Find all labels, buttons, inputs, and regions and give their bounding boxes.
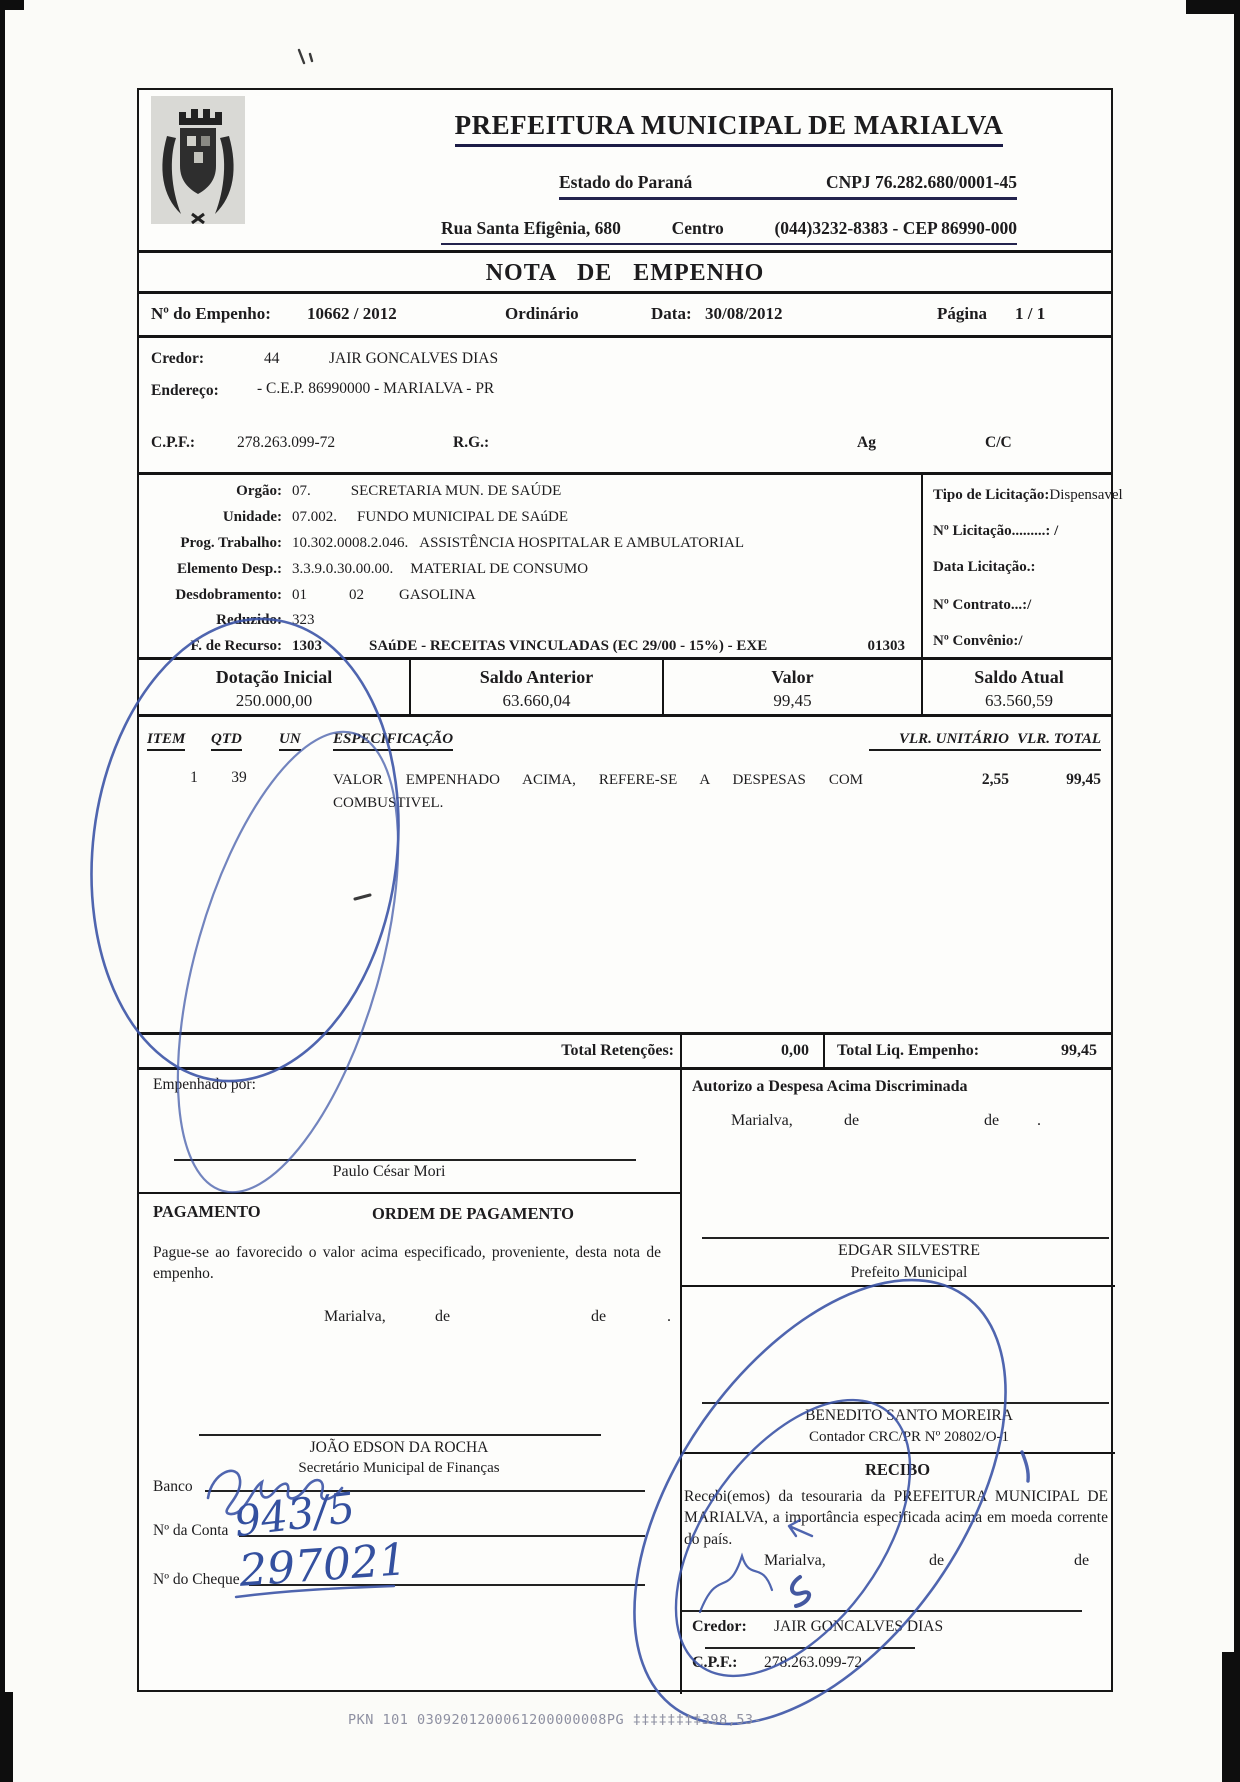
tipo-licitacao-row: Tipo de Licitação:Dispensavel <box>933 487 1123 504</box>
autorizo-cidade: Marialva, <box>731 1112 793 1130</box>
prefeito-divider <box>680 1285 1115 1287</box>
scan-corner-top-right <box>1186 0 1240 14</box>
empenho-row: Nº do Empenho: 10662 / 2012 Ordinário Da… <box>139 294 1111 335</box>
saldo-atual-label: Saldo Atual <box>923 667 1115 688</box>
recibo-credor-divider <box>682 1610 1082 1612</box>
itens-table: ITEM QTD UN ESPECIFICAÇÃO VLR. UNITÁRIO … <box>139 714 1111 1032</box>
total-retencoes-label: Total Retenções: <box>139 1035 674 1067</box>
empenho-number: 10662 / 2012 <box>307 304 397 324</box>
cpf-value: 278.263.099-72 <box>237 434 335 452</box>
doc-title: NOTA DE EMPENHO <box>486 260 765 287</box>
doc-title-band: NOTA DE EMPENHO <box>139 250 1111 294</box>
scan-edge-left <box>0 0 5 1782</box>
assinatura-line-secretario <box>199 1434 601 1436</box>
empenhado-por-label: Empenhado por: <box>153 1076 256 1094</box>
desdobramento-desc: GASOLINA <box>399 587 476 604</box>
assinatura-secretario: JOÃO EDSON DA ROCHA <box>239 1439 559 1457</box>
col-header-especificacao: ESPECIFICAÇÃO <box>333 731 453 751</box>
rg-label: R.G.: <box>453 434 489 452</box>
autorizo-de1: de <box>844 1112 859 1130</box>
scan-corner-bottom-right <box>1222 1652 1240 1782</box>
dotacao-inicial-label: Dotação Inicial <box>139 667 409 688</box>
credor-name: JAIR GONCALVES DIAS <box>329 350 498 368</box>
desdobramento-code2: 02 <box>349 587 364 604</box>
col-header-vlr-total: VLR. TOTAL <box>1001 731 1101 751</box>
fonte-recurso-desc: SAúDE - RECEITAS VINCULADAS (EC 29/00 - … <box>369 638 767 655</box>
autorizo-ponto: . <box>1037 1112 1041 1130</box>
cargo-secretario: Secretário Municipal de Finanças <box>239 1460 559 1477</box>
total-liquido-cell: Total Liq. Empenho: 99,45 <box>823 1035 1111 1067</box>
phone-cep-label: (044)3232-8383 - CEP 86990-000 <box>774 218 1017 239</box>
dotacao-inicial-cell: Dotação Inicial 250.000,00 <box>139 660 409 714</box>
reduzido-row: Reduzido: 323 <box>139 612 921 629</box>
saldo-anterior-label: Saldo Anterior <box>411 667 662 688</box>
scan-corner-top-left <box>0 0 24 10</box>
orgao-row: Orgão: 07. SECRETARIA MUN. DE SAÚDE <box>139 483 921 500</box>
valor-label: Valor <box>664 667 921 688</box>
numero-licitacao-label: Nº Licitação.........: / <box>933 523 1058 540</box>
header-address: Rua Santa Efigênia, 680 Centro (044)3232… <box>441 218 1017 245</box>
date-label: Data: <box>651 304 692 324</box>
data-licitacao-label: Data Licitação.: <box>933 559 1035 576</box>
form-frame: PREFEITURA MUNICIPAL DE MARIALVA Estado … <box>137 88 1113 1692</box>
recibo-de2: de <box>1074 1552 1089 1570</box>
prog-trabalho-row: Prog. Trabalho: 10.302.0008.2.046. ASSIS… <box>139 535 921 552</box>
item-especificacao: VALOR EMPENHADO ACIMA, REFERE-SE A DESPE… <box>333 769 863 814</box>
autorizo-de2: de <box>984 1112 999 1130</box>
totais-row: Total Retenções: 0,00 Total Liq. Empenho… <box>139 1032 1111 1070</box>
recibo-cidade: Marialva, <box>764 1552 826 1570</box>
recibo-cpf-label: C.P.F.: <box>692 1654 738 1672</box>
recibo-cpf-line <box>705 1647 915 1649</box>
reduzido-code: 323 <box>292 612 315 629</box>
prog-trabalho-desc: ASSISTÊNCIA HOSPITALAR E AMBULATORIAL <box>419 535 744 552</box>
col-header-un: UN <box>279 731 301 751</box>
prog-trabalho-label: Prog. Trabalho: <box>139 535 282 552</box>
credor-block: Credor: 44 JAIR GONCALVES DIAS Endereço:… <box>139 335 1111 472</box>
saldo-atual-value: 63.560,59 <box>923 691 1115 711</box>
page-title: PREFEITURA MUNICIPAL DE MARIALVA <box>429 110 1029 147</box>
date-value: 30/08/2012 <box>705 304 782 324</box>
unidade-desc: FUNDO MUNICIPAL DE SAúDE <box>357 509 568 526</box>
assinatura-contador: BENEDITO SANTO MOREIRA <box>739 1407 1079 1425</box>
recibo-texto: Recebi(emos) da tesouraria da PREFEITURA… <box>684 1486 1108 1550</box>
elemento-desp-desc: MATERIAL DE CONSUMO <box>410 561 588 578</box>
recibo-cpf-value: 278.263.099-72 <box>764 1654 862 1672</box>
header-subtitle: Estado do Paraná CNPJ 76.282.680/0001-45 <box>559 172 1017 200</box>
valor-cell: Valor 99,45 <box>662 660 921 714</box>
endereco-value: - C.E.P. 86990000 - MARIALVA - PR <box>257 380 494 398</box>
assinatura-prefeito: EDGAR SILVESTRE <box>739 1242 1079 1260</box>
cheque-label: Nº do Cheque <box>153 1571 240 1589</box>
reduzido-label: Reduzido: <box>139 612 282 629</box>
scan-corner-bottom-left <box>0 1692 13 1782</box>
assinatura-empenhado: Paulo César Mori <box>239 1163 539 1181</box>
fonte-recurso-row: F. de Recurso: 1303 SAúDE - RECEITAS VIN… <box>139 638 921 655</box>
item-number: 1 <box>179 769 209 787</box>
item-qtd: 39 <box>219 769 259 787</box>
total-liquido-label: Total Liq. Empenho: <box>837 1042 979 1060</box>
orgao-label: Orgão: <box>139 483 282 500</box>
unidade-row: Unidade: 07.002. FUNDO MUNICIPAL DE SAúD… <box>139 509 921 526</box>
classificacao-block: Orgão: 07. SECRETARIA MUN. DE SAÚDE Unid… <box>139 472 1111 657</box>
pagamento-de1: de <box>435 1308 450 1326</box>
page-number-label: Página <box>937 304 987 324</box>
numero-contrato-label: Nº Contrato...:/ <box>933 597 1031 614</box>
numero-convenio-label: Nº Convênio:/ <box>933 633 1023 650</box>
prog-trabalho-code: 10.302.0008.2.046. <box>292 535 408 552</box>
valor-value: 99,45 <box>664 691 921 711</box>
recibo-credor-label: Credor: <box>692 1618 747 1636</box>
licitacao-box: Tipo de Licitação:Dispensavel Nº Licitaç… <box>921 475 1115 657</box>
fonte-recurso-extra: 01303 <box>868 638 906 655</box>
dot-matrix-footer: PKN 101 0309201200061200000008PG ‡‡‡‡‡‡‡… <box>348 1712 762 1728</box>
cc-label: C/C <box>985 434 1012 452</box>
dotacao-inicial-value: 250.000,00 <box>139 691 409 711</box>
unidade-label: Unidade: <box>139 509 282 526</box>
autorizo-title: Autorizo a Despesa Acima Discriminada <box>692 1078 968 1096</box>
recibo-de1: de <box>929 1552 944 1570</box>
state-label: Estado do Paraná <box>559 172 692 193</box>
scanned-document-page: PREFEITURA MUNICIPAL DE MARIALVA Estado … <box>0 0 1240 1782</box>
ordem-pagamento-title: ORDEM DE PAGAMENTO <box>372 1204 574 1224</box>
item-vlr-unitario: 2,55 <box>869 771 1009 789</box>
ag-label: Ag <box>857 434 876 452</box>
pagamento-cidade: Marialva, <box>324 1308 386 1326</box>
pagamento-divider <box>139 1192 680 1194</box>
assinatura-line-prefeito <box>702 1237 1109 1239</box>
orgao-desc: SECRETARIA MUN. DE SAÚDE <box>351 483 561 500</box>
banco-label: Banco <box>153 1478 193 1496</box>
municipal-coat-of-arms-logo <box>151 96 245 224</box>
credor-label: Credor: <box>151 350 204 368</box>
col-header-qtd: QTD <box>211 731 242 751</box>
recibo-title: RECIBO <box>680 1460 1115 1480</box>
pagamento-de2: de <box>591 1308 606 1326</box>
pagamento-ponto: . <box>667 1308 671 1326</box>
empenho-type: Ordinário <box>505 304 579 324</box>
endereco-label: Endereço: <box>151 382 219 400</box>
assinatura-line-empenhado <box>174 1159 636 1161</box>
elemento-desp-code: 3.3.9.0.30.00.00. <box>292 561 393 578</box>
cpf-label: C.P.F.: <box>151 434 195 452</box>
col-header-vlr-unitario: VLR. UNITÁRIO <box>869 731 1009 751</box>
page-number: 1 / 1 <box>1015 304 1045 324</box>
stray-ink-marks-top <box>299 50 312 63</box>
scan-edge-right <box>1234 0 1240 1782</box>
form-header: PREFEITURA MUNICIPAL DE MARIALVA Estado … <box>139 90 1111 250</box>
fonte-recurso-label: F. de Recurso: <box>139 638 282 655</box>
cheque-handwriting: 297021 <box>237 1534 408 1597</box>
recibo-divider <box>680 1452 1115 1454</box>
empenho-number-label: Nº do Empenho: <box>151 304 271 324</box>
district-label: Centro <box>672 218 724 239</box>
signatures-area: Empenhado por: Paulo César Mori PAGAMENT… <box>139 1070 1111 1694</box>
assinatura-line-contador <box>702 1402 1109 1404</box>
desdobramento-label: Desdobramento: <box>139 587 282 604</box>
column-divider <box>680 1070 682 1694</box>
saldo-anterior-cell: Saldo Anterior 63.660,04 <box>409 660 662 714</box>
pagamento-title: PAGAMENTO <box>153 1202 261 1222</box>
item-vlr-total: 99,45 <box>1001 771 1101 789</box>
desdobramento-code1: 01 <box>292 587 307 604</box>
saldos-row: Dotação Inicial 250.000,00 Saldo Anterio… <box>139 657 1111 714</box>
pagamento-texto: Pague-se ao favorecido o valor acima esp… <box>153 1242 661 1285</box>
street-label: Rua Santa Efigênia, 680 <box>441 218 621 239</box>
elemento-desp-row: Elemento Desp.: 3.3.9.0.30.00.00. MATERI… <box>139 561 921 578</box>
credor-code: 44 <box>264 350 280 368</box>
col-header-item: ITEM <box>147 731 185 751</box>
total-liquido-value: 99,45 <box>1061 1042 1097 1060</box>
cargo-prefeito: Prefeito Municipal <box>739 1264 1079 1282</box>
elemento-desp-label: Elemento Desp.: <box>139 561 282 578</box>
total-retencoes-value: 0,00 <box>680 1035 823 1067</box>
orgao-code: 07. <box>292 483 311 500</box>
saldo-atual-cell: Saldo Atual 63.560,59 <box>921 660 1115 714</box>
cargo-contador: Contador CRC/PR Nº 20802/O-1 <box>739 1429 1079 1446</box>
cnpj-label: CNPJ 76.282.680/0001-45 <box>826 172 1017 193</box>
unidade-code: 07.002. <box>292 509 337 526</box>
recibo-credor-nome: JAIR GONCALVES DIAS <box>774 1618 943 1636</box>
saldo-anterior-value: 63.660,04 <box>411 691 662 711</box>
fonte-recurso-code: 1303 <box>292 638 322 655</box>
desdobramento-row: Desdobramento: 01 02 GASOLINA <box>139 587 921 604</box>
conta-label: Nº da Conta <box>153 1522 228 1540</box>
